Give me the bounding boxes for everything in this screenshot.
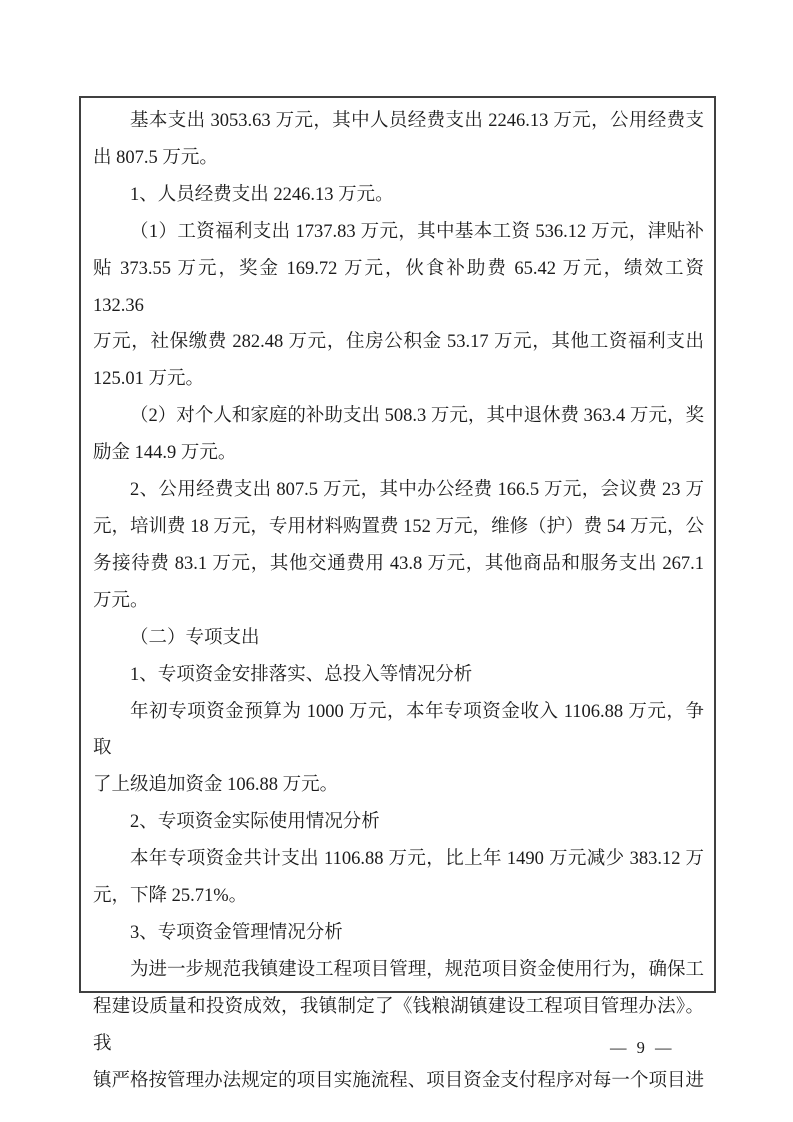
- text-line: （1）工资福利支出 1737.83 万元，其中基本工资 536.12 万元，津贴…: [93, 214, 704, 251]
- page-number: — 9 —: [610, 1038, 675, 1058]
- text-line: 了上级追加资金 106.88 万元。: [93, 767, 704, 804]
- text-line: 1、专项资金安排落实、总投入等情况分析: [93, 657, 704, 694]
- text-line: 2、专项资金实际使用情况分析: [93, 804, 704, 841]
- text-line: 2、公用经费支出 807.5 万元，其中办公经费 166.5 万元，会议费 23…: [93, 472, 704, 509]
- text-line: 125.01 万元。: [93, 361, 704, 398]
- text-line: 为进一步规范我镇建设工程项目管理，规范项目资金使用行为，确保工: [93, 952, 704, 989]
- text-line: 3、专项资金管理情况分析: [93, 915, 704, 952]
- text-line: 元，下降 25.71%。: [93, 878, 704, 915]
- text-line: 励金 144.9 万元。: [93, 435, 704, 472]
- text-line: 镇严格按管理办法规定的项目实施流程、项目资金支付程序对每一个项目进: [93, 1063, 704, 1100]
- scanned-report-page: { "colors": { "bg": "#ffffff", "text": "…: [0, 0, 793, 1122]
- text-line: 贴 373.55 万元，奖金 169.72 万元，伙食补助费 65.42 万元，…: [93, 251, 704, 325]
- text-line: 万元，社保缴费 282.48 万元，住房公积金 53.17 万元，其他工资福利支…: [93, 324, 704, 361]
- text-line: 万元。: [93, 583, 704, 620]
- text-line: 本年专项资金共计支出 1106.88 万元，比上年 1490 万元减少 383.…: [93, 841, 704, 878]
- text-line: 基本支出 3053.63 万元，其中人员经费支出 2246.13 万元，公用经费…: [93, 103, 704, 140]
- text-line: 出 807.5 万元。: [93, 140, 704, 177]
- text-line: （2）对个人和家庭的补助支出 508.3 万元，其中退休费 363.4 万元，奖: [93, 398, 704, 435]
- text-line: 年初专项资金预算为 1000 万元，本年专项资金收入 1106.88 万元，争取: [93, 694, 704, 768]
- text-line: 1、人员经费支出 2246.13 万元。: [93, 177, 704, 214]
- text-line: （二）专项支出: [93, 620, 704, 657]
- text-line: 元，培训费 18 万元，专用材料购置费 152 万元，维修（护）费 54 万元，…: [93, 509, 704, 546]
- document-border-box: 基本支出 3053.63 万元，其中人员经费支出 2246.13 万元，公用经费…: [79, 96, 716, 993]
- text-line: 务接待费 83.1 万元，其他交通费用 43.8 万元，其他商品和服务支出 26…: [93, 546, 704, 583]
